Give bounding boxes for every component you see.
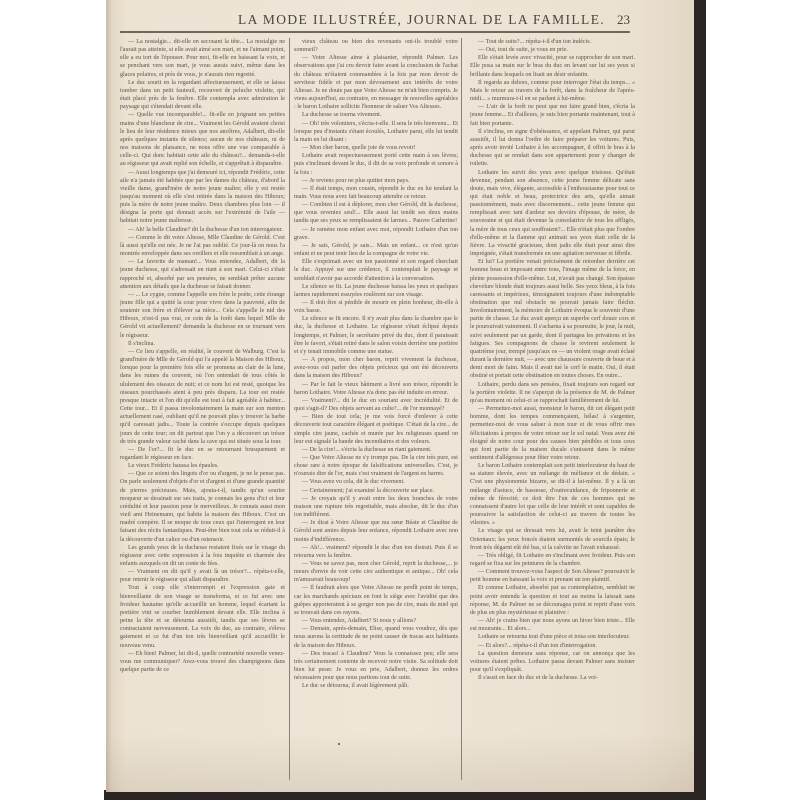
paragraph: vieux château ou bien des revenants ont-… xyxy=(294,38,458,54)
paragraph: — Vraiment on dit qu'il y avait là un tr… xyxy=(120,568,285,584)
paragraph: Le duc sourit en la regardant affectueus… xyxy=(120,79,285,112)
paragraph: Le baron Lothaire contemplait son petit … xyxy=(470,462,635,527)
paragraph: — Comme le dit votre Altesse, Mlle Claud… xyxy=(120,234,285,258)
paragraph: — Très obligé, fit Lothaire en s'inclina… xyxy=(470,552,635,568)
paragraph: — ... Le cygne, comme l'appelle son frèr… xyxy=(120,291,285,340)
paragraph: — Je sais, Gérold, je sais... Mais un en… xyxy=(294,242,458,258)
paragraph: — De la cire!... s'écria la duchesse en … xyxy=(294,446,458,454)
paragraph: — Ah!... vraiment? répondit le duc d'un … xyxy=(294,544,458,560)
paragraph: Il s'inclina. xyxy=(120,340,285,348)
paragraph: La duchesse se tourna vivement. xyxy=(294,111,458,119)
paragraph: — Il doit être si pénible de mourir en p… xyxy=(294,299,458,315)
paragraph: — Vous ne savez pas, mon cher Gérold, re… xyxy=(294,560,458,584)
paragraph: — Aussi longtemps que j'ai demeuré ici, … xyxy=(120,169,285,226)
paragraph: Lothaire les suivit des yeux avec quelqu… xyxy=(470,169,635,259)
paragraph: Et lui? La portière venait précisément d… xyxy=(470,258,635,380)
paragraph: — Il était temps, mon cousin, répondit l… xyxy=(294,185,458,201)
paragraph: Tout à coup elle s'interrompit et l'expr… xyxy=(120,584,285,649)
paragraph: — Comment trouvez-vous l'aspect de Son A… xyxy=(470,568,635,584)
paragraph: — La nostalgie... dit-elle en secouant l… xyxy=(120,38,285,79)
paragraph: Elle s'était levée avec vivacité, pour s… xyxy=(470,54,635,78)
paragraph: — Permettez-moi aussi, monsieur le baron… xyxy=(470,405,635,462)
paragraph: — Votre Altesse aime à plaisanter, répon… xyxy=(294,54,458,111)
paragraph: — L'air de la forêt ne peut que me faire… xyxy=(470,103,635,127)
paragraph: — Je ramène mon enfant avec moi, répondi… xyxy=(294,226,458,242)
paragraph: — Vous entendez, Adalbert? Si nous y all… xyxy=(294,617,458,625)
paragraph: Les grands yeux de la duchesse restaient… xyxy=(120,544,285,568)
paragraph: Le silence se fit. La jeune duchesse bai… xyxy=(294,283,458,299)
paragraph: Le vieux Frédéric haussa les épaules. xyxy=(120,462,285,470)
paragraph: — Que Votre Altesse ne s'y trompe pas. D… xyxy=(294,454,458,478)
paragraph: — Mon cher baron, quelle joie de vous re… xyxy=(294,144,458,152)
paragraph: — Des tracas! à Claudine? Vous la connai… xyxy=(294,650,458,683)
paragraph: — Oui, tout de suite, je vous en prie. xyxy=(470,46,635,54)
paragraph: — Je dirai à Votre Altesse que ma sœur B… xyxy=(294,519,458,543)
paper-speck xyxy=(338,743,340,745)
paragraph: — A propos, mon cher baron, reprit vivem… xyxy=(294,356,458,380)
text-column-3: — Tout de suite?... répéta-t-il d'un ton… xyxy=(470,38,635,788)
paragraph: — Ah! je crains bien que nous ayons un h… xyxy=(470,617,635,633)
text-column-1: — La nostalgie... dit-elle en secouant l… xyxy=(120,38,285,788)
paragraph: — La favorite de maman!... Vous entendez… xyxy=(120,258,285,291)
paragraph: — Oh! très volontiers, s'écria-t-elle. I… xyxy=(294,120,458,144)
paragraph: — Il faudrait alors que Votre Altesse ne… xyxy=(294,584,458,617)
paragraph: Il s'assit en face du duc et de la duche… xyxy=(470,674,635,682)
page-header: LA MODE ILLUSTRÉE, JOURNAL DE LA FAMILLE… xyxy=(120,12,630,32)
paragraph: — Tout de suite?... répéta-t-il d'un ton… xyxy=(470,38,635,46)
journal-title: LA MODE ILLUSTRÉE, JOURNAL DE LA FAMILLE… xyxy=(238,12,605,28)
paragraph: Lothaire se retourna tout d'une pièce et… xyxy=(470,633,635,641)
paragraph: — Combien il est à déplorer, mon cher Gé… xyxy=(294,201,458,225)
paragraph: — Je reviens pour ne plus quitter mon pa… xyxy=(294,177,458,185)
header-rule xyxy=(120,31,630,33)
page-number: 23 xyxy=(617,12,630,28)
paragraph: Et comme Lothaire, absorbé par sa contem… xyxy=(470,584,635,617)
paragraph: — Eh bien! Palmer, lui dit-il, quelle co… xyxy=(120,650,285,674)
column-divider xyxy=(289,38,290,780)
paragraph: Lothaire, perdu dans ses pensées, fixait… xyxy=(470,381,635,405)
paragraph: Il regarda au dehors, comme pour interro… xyxy=(470,79,635,103)
paragraph: Elle s'exprimait avec un ton passionné e… xyxy=(294,258,458,282)
paragraph: — Certainement; j'ai examiné la découver… xyxy=(294,487,458,495)
paragraph: Lothaire avait respectueusement porté ce… xyxy=(294,152,458,176)
text-column-2: vieux château ou bien des revenants ont-… xyxy=(294,38,458,788)
paragraph: — Quelle vue incomparable!... fit-elle e… xyxy=(120,111,285,168)
paragraph: — Bien de tout cela; je me vois forcé d'… xyxy=(294,413,458,446)
scan-background-edge xyxy=(694,0,706,800)
paragraph: — Demain, après-demain, Elise, quand vou… xyxy=(294,625,458,649)
paragraph: — Et alors?... répéta-t-il d'un ton d'in… xyxy=(470,642,635,650)
column-divider xyxy=(461,38,462,780)
paragraph: — Que ce soient des lingots d'or ou d'ar… xyxy=(120,470,285,543)
paragraph: — Vraiment?... dit le duc en souriant av… xyxy=(294,397,458,413)
paragraph: Le duc se détourna; il avait légèrement … xyxy=(294,682,458,690)
paragraph: — Vous avez vu cela, dit le duc vivement… xyxy=(294,478,458,486)
paragraph: Le visage qui se dressait vers lui, avai… xyxy=(470,527,635,551)
paragraph: Il s'inclina, en signe d'obéissance, et … xyxy=(470,128,635,169)
paragraph: — Ah! la belle Claudine? dit la duchesse… xyxy=(120,226,285,234)
paragraph: Le silence se fit encore. Il n'y avait p… xyxy=(294,315,458,356)
paragraph: — Je croyais qu'il y avait entre les deu… xyxy=(294,495,458,519)
paragraph: — Ce lieu s'appelle, en réalité, le couv… xyxy=(120,348,285,446)
paragraph: — Par le fait le vieux bâtiment a livré … xyxy=(294,381,458,397)
paragraph: La question demeura sans réponse, car on… xyxy=(470,650,635,674)
paragraph: — De l'or?... fit le duc en se retournan… xyxy=(120,446,285,462)
